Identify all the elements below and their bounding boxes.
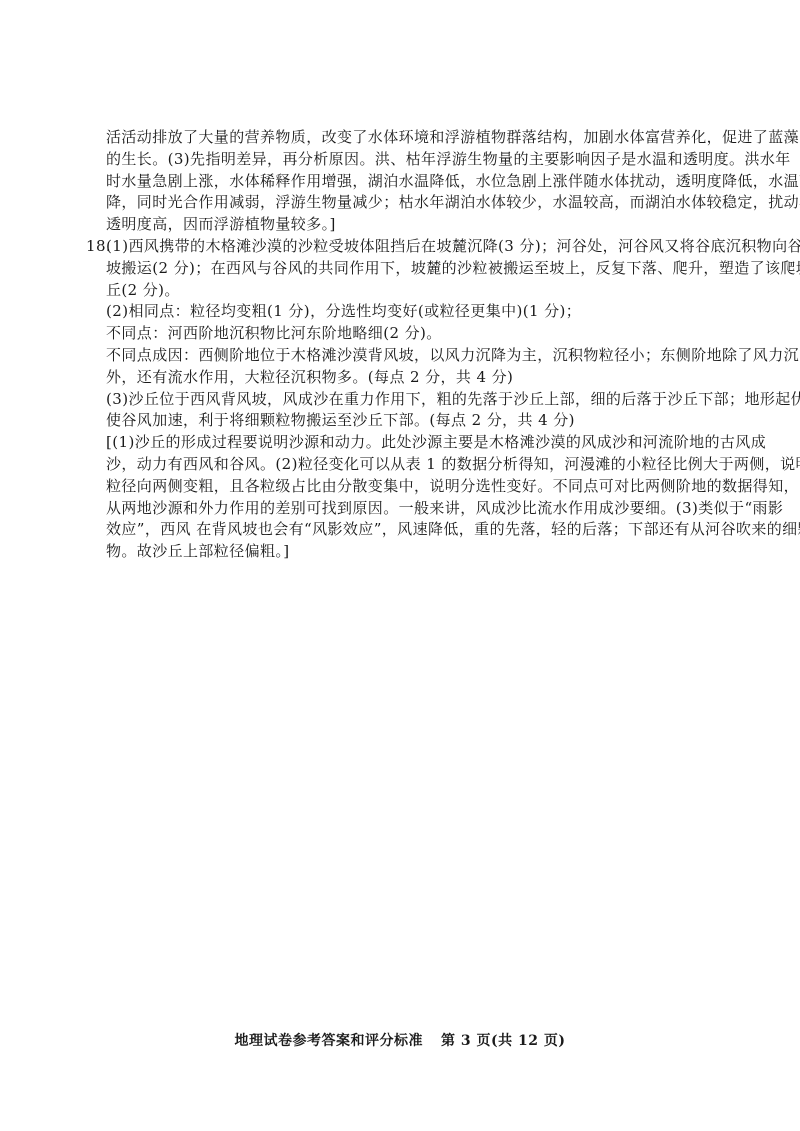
- text-line: 粒径向两侧变粗，且各粒级占比由分散变集中，说明分选性变好。不同点可对比两侧阶地的…: [106, 476, 710, 498]
- text-line: [(1)沙丘的形成过程要说明沙源和动力。此处沙源主要是木格滩沙漠的风成沙和河流阶…: [106, 432, 710, 454]
- text-line: 外，还有流水作用，大粒径沉积物多。(每点 2 分，共 4 分): [106, 367, 710, 389]
- line-text: 从两地沙源和外力作用的差别可找到原因。一般来讲，风成沙比流水作用成沙要细。(3)…: [106, 499, 783, 517]
- line-text: (3)沙丘位于西风背风坡，风成沙在重力作用下，粗的先落于沙丘上部，细的后落于沙丘…: [106, 390, 800, 408]
- line-text: (1)西风携带的木格滩沙漠的沙粒受坡体阻挡后在坡麓沉降(3 分)；河谷处，河谷风…: [106, 237, 800, 255]
- line-text: 物。故沙丘上部粒径偏粗。]: [106, 542, 290, 560]
- line-text: (2)相同点：粒径均变粗(1 分)，分选性均变好(或粒径更集中)(1 分)；: [106, 302, 581, 320]
- line-text: 降，同时光合作用减弱，浮游生物量减少；枯水年湖泊水体较少，水温较高，而湖泊水体较…: [106, 193, 800, 211]
- text-line: 沙，动力有西风和谷风。(2)粒径变化可以从表 1 的数据分析得知，河漫滩的小粒径…: [106, 454, 710, 476]
- line-text: 活活动排放了大量的营养物质，改变了水体环境和浮游植物群落结构，加剧水体富营养化，…: [106, 128, 799, 146]
- line-text: 丘(2 分)。: [106, 281, 180, 299]
- question-number: 18.: [86, 236, 111, 258]
- line-text: 不同点成因：西侧阶地位于木格滩沙漠背风坡，以风力沉降为主，沉积物粒径小；东侧阶地…: [106, 346, 800, 364]
- page-footer: 地理试卷参考答案和评分标准第 3 页(共 12 页): [0, 1030, 800, 1050]
- footer-title: 地理试卷参考答案和评分标准: [235, 1033, 424, 1049]
- text-line: 透明度高，因而浮游植物量较多。]: [106, 214, 710, 236]
- text-line: 18.(1)西风携带的木格滩沙漠的沙粒受坡体阻挡后在坡麓沉降(3 分)；河谷处，…: [106, 236, 710, 258]
- text-line: 丘(2 分)。: [106, 280, 710, 302]
- text-line: 的生长。(3)先指明差异，再分析原因。洪、枯年浮游生物量的主要影响因子是水温和透…: [106, 149, 710, 171]
- text-line: (3)沙丘位于西风背风坡，风成沙在重力作用下，粗的先落于沙丘上部，细的后落于沙丘…: [106, 389, 710, 411]
- line-text: 不同点：河西阶地沉积物比河东阶地略细(2 分)。: [106, 324, 442, 342]
- line-text: 外，还有流水作用，大粒径沉积物多。(每点 2 分，共 4 分): [106, 368, 513, 386]
- footer-page-number: 第 3 页(共 12 页): [441, 1033, 565, 1049]
- text-line: 从两地沙源和外力作用的差别可找到原因。一般来讲，风成沙比流水作用成沙要细。(3)…: [106, 498, 710, 520]
- line-text: 时水量急剧上涨，水体稀释作用增强，湖泊水温降低，水位急剧上涨伴随水体扰动，透明度…: [106, 172, 800, 190]
- text-line: 不同点：河西阶地沉积物比河东阶地略细(2 分)。: [106, 323, 710, 345]
- answer-text-body: 活活动排放了大量的营养物质，改变了水体环境和浮游植物群落结构，加剧水体富营养化，…: [106, 127, 710, 563]
- text-line: 时水量急剧上涨，水体稀释作用增强，湖泊水温降低，水位急剧上涨伴随水体扰动，透明度…: [106, 171, 710, 193]
- text-line: 坡搬运(2 分)；在西风与谷风的共同作用下，坡麓的沙粒被搬运至坡上，反复下落、爬…: [106, 258, 710, 280]
- text-line: 效应”，西风 在背风坡也会有“风影效应”，风速降低，重的先落，轻的后落；下部还有…: [106, 519, 710, 541]
- text-line: 活活动排放了大量的营养物质，改变了水体环境和浮游植物群落结构，加剧水体富营养化，…: [106, 127, 710, 149]
- line-text: 粒径向两侧变粗，且各粒级占比由分散变集中，说明分选性变好。不同点可对比两侧阶地的…: [106, 477, 799, 495]
- line-text: 使谷风加速，利于将细颗粒物搬运至沙丘下部。(每点 2 分，共 4 分): [106, 411, 575, 429]
- line-text: [(1)沙丘的形成过程要说明沙源和动力。此处沙源主要是木格滩沙漠的风成沙和河流阶…: [106, 433, 766, 451]
- line-text: 沙，动力有西风和谷风。(2)粒径变化可以从表 1 的数据分析得知，河漫滩的小粒径…: [106, 455, 800, 473]
- text-line: 物。故沙丘上部粒径偏粗。]: [106, 541, 710, 563]
- text-line: (2)相同点：粒径均变粗(1 分)，分选性均变好(或粒径更集中)(1 分)；: [106, 301, 710, 323]
- text-line: 降，同时光合作用减弱，浮游生物量减少；枯水年湖泊水体较少，水温较高，而湖泊水体较…: [106, 192, 710, 214]
- line-text: 坡搬运(2 分)；在西风与谷风的共同作用下，坡麓的沙粒被搬运至坡上，反复下落、爬…: [106, 259, 800, 277]
- line-text: 透明度高，因而浮游植物量较多。]: [106, 215, 336, 233]
- line-text: 效应”，西风 在背风坡也会有“风影效应”，风速降低，重的先落，轻的后落；下部还有…: [106, 520, 800, 538]
- text-line: 不同点成因：西侧阶地位于木格滩沙漠背风坡，以风力沉降为主，沉积物粒径小；东侧阶地…: [106, 345, 710, 367]
- text-line: 使谷风加速，利于将细颗粒物搬运至沙丘下部。(每点 2 分，共 4 分): [106, 410, 710, 432]
- line-text: 的生长。(3)先指明差异，再分析原因。洪、枯年浮游生物量的主要影响因子是水温和透…: [106, 150, 791, 168]
